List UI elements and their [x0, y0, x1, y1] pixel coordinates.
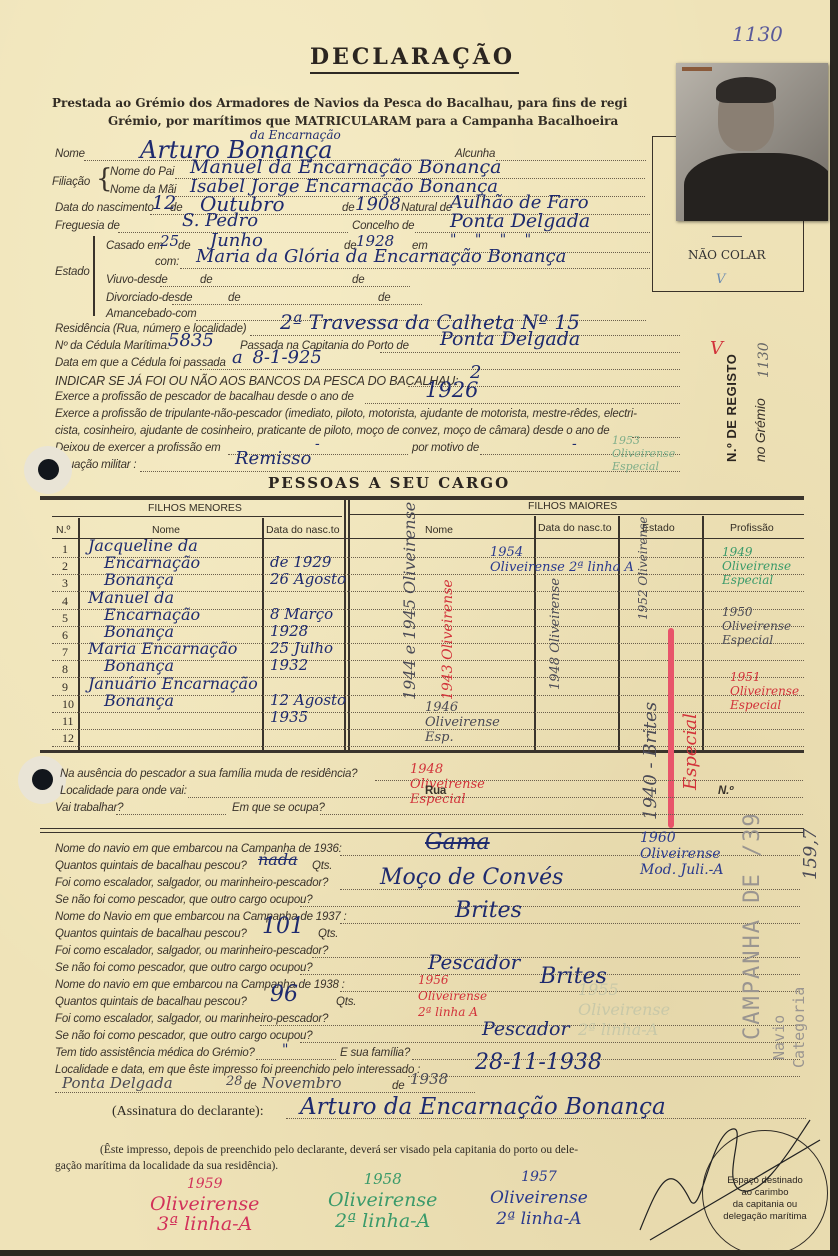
registry-value: 1130 [756, 342, 772, 378]
minor-name: Bonança [104, 656, 174, 675]
council-value: Ponta Delgada [450, 210, 590, 232]
annotation: 1957Oliveirense2ª linha-A [490, 1166, 588, 1230]
residence-label: Residência (Rua, número e localidade) [55, 323, 246, 335]
widowed-label: Viuvo-desde [106, 274, 168, 286]
row-number: 3 [62, 576, 68, 591]
quintals-1936-label: Quantos quintais de bacalhau pescou? [55, 860, 247, 872]
role-1937-label: Foi como escalador, salgador, ou marinhe… [55, 945, 328, 957]
crew-since-label: Exerce a profissão de tripulante-não-pes… [55, 408, 637, 420]
works-label: Vai trabalhar? [55, 802, 123, 814]
annotation: 1948 Oliveirense [548, 578, 563, 690]
place-value: Ponta Delgada [62, 1074, 173, 1092]
estado-bracket [93, 236, 95, 316]
minor-birth-date: 26 Agosto [270, 570, 346, 588]
signature-label: (Assinatura do declarante): [112, 1104, 264, 1120]
portrait-photo [676, 63, 828, 221]
quintals-1937-value: 101 [262, 914, 304, 939]
military-value: Remisso [235, 448, 311, 469]
occupation-label: Em que se ocupa? [232, 802, 325, 814]
annotation: 1952 Oliveirense [636, 517, 650, 620]
married-day: 25 [160, 232, 179, 250]
birth-year: 1908 [355, 194, 401, 215]
annotation: 1959Oliveirense3ª linha-A [150, 1172, 259, 1234]
other-role-1938-label: Se não foi como pescador, que outro carg… [55, 1030, 312, 1042]
row-number: 6 [62, 628, 68, 643]
row-number: 9 [62, 680, 68, 695]
ship-1936-value: Gama [425, 830, 490, 855]
fisher-since-label: Exerce a profissão de pescador de bacalh… [55, 391, 354, 403]
minor-name: Januário Encarnação [88, 674, 258, 693]
minor-birth-date: de 1929 [270, 553, 331, 571]
banks-label: INDICAR SE JÁ FOI OU NÃO AOS BANCOS DA P… [55, 374, 458, 388]
quintals-1938-label: Quantos quintais de bacalhau pescou? [55, 996, 247, 1008]
with-label: com: [155, 256, 179, 268]
other-role-1936-label: Se não foi como pescador, que outro carg… [55, 894, 312, 906]
annotation: 1940 - Brites [640, 702, 661, 820]
annotation: 1943 Oliveirense [440, 579, 456, 700]
dependents-title: PESSOAS A SEU CARGO [268, 474, 510, 492]
stopped-label: Deixou de exercer a profissão em [55, 442, 221, 454]
minor-name: Jacqueline da [88, 536, 198, 555]
minor-name: Encarnação [104, 553, 200, 572]
page-title: DECLARAÇÃO [310, 44, 519, 74]
reason-label: por motivo de [412, 442, 479, 454]
registry-sublabel: no Grémio [752, 398, 768, 462]
where-label: Localidade para onde vai: [60, 785, 187, 797]
moves-label: Na ausência do pescador a sua família mu… [60, 768, 357, 780]
married-label: Casado em [106, 240, 163, 252]
official-signature [630, 1100, 830, 1250]
stamp-value: 159,7 [800, 828, 821, 880]
issued-date-label: Data em que a Cédula foi passada [55, 357, 226, 369]
minor-name: Manuel da [88, 588, 174, 607]
campaign-stamp: CAMPANHA DE /39 [740, 811, 765, 1040]
issued-at-value: Ponta Delgada [440, 328, 580, 350]
row-number: 5 [62, 611, 68, 626]
margin-check: V [710, 338, 723, 359]
file-number: 1130 [732, 22, 783, 46]
annotation: 1956Oliveirense2ª linha A [418, 972, 487, 1020]
stamp-navio: Navio [770, 1015, 788, 1060]
minor-name: Maria Encarnação [88, 639, 237, 658]
annotation: Especial [680, 713, 701, 790]
minor-birth-date: 1932 [270, 656, 308, 674]
annotation: 1946OliveirenseEsp. [425, 700, 500, 745]
spouse-value: Maria da Glória da Encarnação Bonança [196, 246, 566, 267]
row-number: 8 [62, 662, 68, 677]
annotation: 1951OliveirenseEspecial [730, 670, 799, 712]
parish-value: S. Pedro [182, 210, 258, 231]
adults-title: FILHOS MAIORES [528, 500, 617, 512]
ship-1937-value: Brites [455, 898, 522, 923]
row-number: 1 [62, 542, 68, 557]
minor-birth-date: 1935 [270, 708, 308, 726]
declaration-form: 1130 DECLARAÇÃO Prestada ao Grémio dos A… [0, 0, 836, 1256]
punch-hole [24, 446, 72, 494]
registry-label: N.º DE REGISTO [724, 354, 739, 462]
red-marker-line [668, 628, 674, 828]
role-1936-value: Moço de Convés [380, 865, 563, 890]
council-label: Concelho de [352, 220, 414, 232]
annotation: 1958Oliveirense2ª linha-A [328, 1168, 437, 1232]
subtitle-line-2: Grémio, por marítimos que MATRICULARAM p… [108, 114, 618, 128]
photo-mark: V [716, 272, 725, 287]
minor-name: Bonança [104, 570, 174, 589]
fill-date-value: 28-11-1938 [475, 1050, 602, 1075]
signature-value: Arturo da Encarnação Bonança [300, 1094, 666, 1120]
annotation: 1953OliveirenseEspecial [612, 434, 675, 473]
cedula-value: 5835 [168, 330, 214, 351]
minor-birth-date: 1928 [270, 622, 308, 640]
annotation: 1949OliveirenseEspecial [722, 545, 791, 587]
minor-name: Bonança [104, 622, 174, 641]
annotation: 1954Oliveirense 2ª linha A [490, 545, 634, 575]
quintals-1937-label: Quantos quintais de bacalhau pescou? [55, 928, 247, 940]
minor-name: Bonança [104, 691, 174, 710]
name-label: Nome [55, 148, 85, 160]
no-glue-label: NÃO COLAR [688, 248, 766, 262]
quintals-1936-value: nada [258, 850, 298, 869]
annotation: 1955Oliveirense2ª linha-A [578, 980, 670, 1040]
stamp-categoria: Categoria [790, 987, 808, 1068]
father-value: Manuel da Encarnação Bonança [190, 156, 502, 178]
filiation-label: Filiação [52, 176, 90, 188]
fisher-since-value: 1926 [425, 378, 478, 402]
role-1938-label: Foi como escalador, salgador, ou marinhe… [55, 1013, 328, 1025]
medical-label: Tem tido assistência médica do Grémio? [55, 1047, 255, 1059]
father-label: Nome do Pai [110, 166, 174, 178]
row-number: 4 [62, 594, 68, 609]
other-role-1938-value: Pescador [482, 1018, 570, 1040]
minor-birth-date: 8 Março [270, 605, 333, 623]
cedula-label: Nº da Cédula Marítima: [55, 340, 170, 352]
issued-date-value: a 8-1-925 [232, 347, 322, 368]
family-label: E sua família? [340, 1047, 410, 1059]
row-number: 2 [62, 559, 68, 574]
other-role-1937-value: Pescador [428, 950, 520, 974]
annotation: 1948OliveirenseEspecial [410, 762, 485, 807]
punch-hole [18, 756, 66, 804]
parish-label: Freguesia de [55, 220, 120, 232]
annotation: 1944 e 1945 Oliveirense [400, 502, 419, 700]
subtitle-line-1: Prestada ao Grémio dos Armadores de Navi… [52, 96, 627, 110]
minor-birth-date: 12 Agosto [270, 691, 346, 709]
role-1936-label: Foi como escalador, salgador, ou marinhe… [55, 877, 328, 889]
cohabiting-label: Amancebado-com [106, 308, 197, 320]
ship-1938-label: Nome do navio em que embarcou na Campanh… [55, 979, 345, 991]
divider [712, 236, 742, 237]
annotation: 1950OliveirenseEspecial [722, 605, 791, 647]
minors-title: FILHOS MENORES [148, 502, 242, 514]
natural-label: Natural de [401, 202, 452, 214]
state-label: Estado [55, 266, 90, 278]
row-number: 12 [62, 731, 74, 746]
footer-note: (Êste impresso, depois de preenchido pel… [100, 1144, 578, 1156]
minor-birth-date: 25 Julho [270, 639, 333, 657]
annotation: 1960OliveirenseMod. Juli.-A [640, 830, 724, 878]
row-number: 11 [62, 714, 74, 729]
ship-1936-label: Nome do navio em que embarcou na Campanh… [55, 843, 342, 855]
other-role-1937-label: Se não foi como pescador, que outro carg… [55, 962, 312, 974]
row-number: 7 [62, 645, 68, 660]
quintals-1938-value: 96 [270, 982, 298, 1007]
row-number: 10 [62, 697, 74, 712]
divorced-label: Divorciado-desde [106, 292, 192, 304]
birth-date-label: Data do nascimento [55, 202, 154, 214]
minor-name: Encarnação [104, 605, 200, 624]
